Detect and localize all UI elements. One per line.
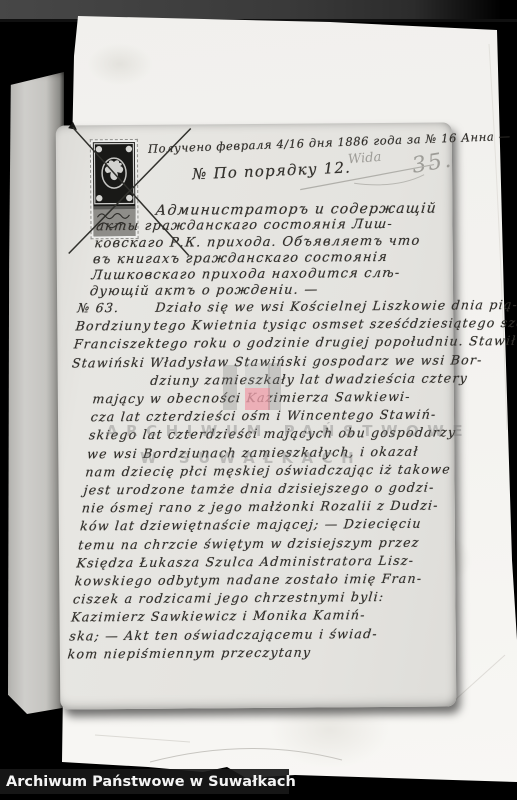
archive-watermark-line1: ARCHIWUM PAŃSTWOWE [106, 422, 471, 440]
pencil-line [300, 165, 434, 190]
highlight-artifact-gray [223, 365, 237, 410]
archival-scan: Получено февраля 4/16 дня 1886 года за №… [0, 0, 517, 800]
archive-credit-bar: Archiwum Państwowe w Suwałkach [0, 769, 289, 794]
archive-credit-label: Archiwum Państwowe w Suwałkach [0, 774, 296, 790]
pencil-line [354, 175, 424, 185]
act-sheet: Получено февраля 4/16 дня 1886 года за №… [56, 122, 457, 709]
highlight-artifact-gray [268, 363, 281, 410]
highlight-artifact-gray [245, 363, 270, 388]
pen-cancellation-x [56, 122, 457, 709]
highlight-artifact-pink [245, 388, 270, 410]
archive-watermark-line2: W SUWAŁKACH [140, 449, 362, 467]
